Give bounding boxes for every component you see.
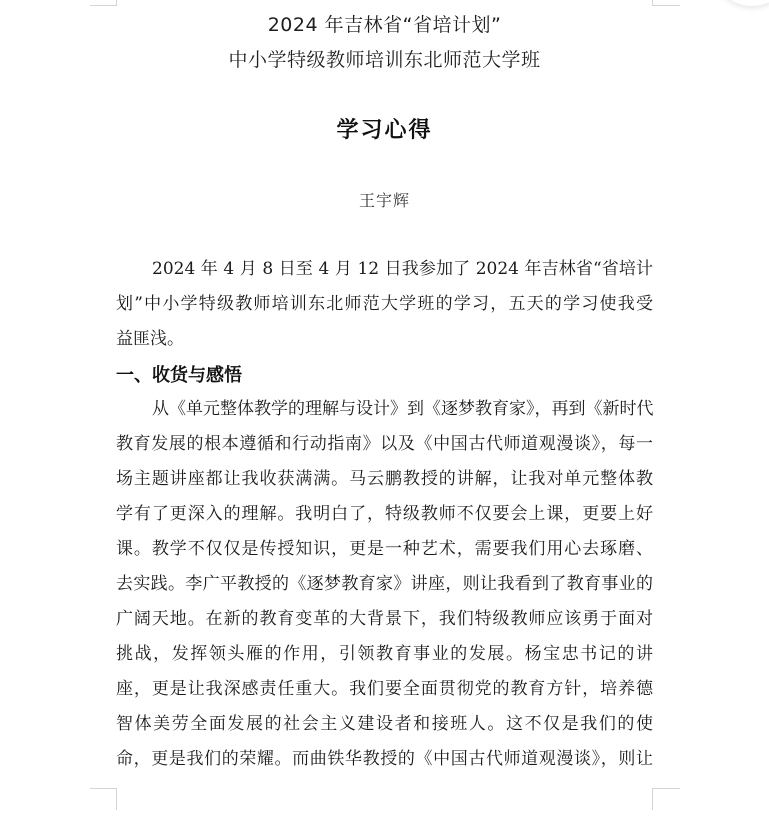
paragraph-line: 座，更是让我深感责任重大。我们要全面贯彻党的教育方针，培养德: [116, 672, 653, 707]
header-line-2: 中小学特级教师培训东北师范大学班: [116, 45, 653, 72]
paragraph-line: 命，更是我们的荣耀。而曲铁华教授的《中国古代师道观漫谈》，则让: [116, 742, 653, 777]
crop-mark-bottom-right-h: [652, 788, 680, 789]
crop-mark-top-left-v: [116, 0, 117, 6]
floating-action-button[interactable]: [717, 0, 769, 6]
paragraph-line: 2024 年 4 月 8 日至 4 月 12 日我参加了 2024 年吉林省“省…: [116, 252, 653, 287]
paragraph-line: 课。教学不仅仅是传授知识，更是一种艺术，需要我们用心去琢磨、: [116, 532, 653, 567]
paragraph-line: 划”中小学特级教师培训东北师范大学班的学习，五天的学习使我受: [116, 287, 653, 322]
header-line-1: 2024 年吉林省“省培计划”: [116, 10, 653, 37]
paragraph-line: 智体美劳全面发展的社会主义建设者和接班人。这不仅是我们的使: [116, 707, 653, 742]
author-name: 王宇辉: [116, 188, 653, 211]
paragraph-line: 从《单元整体教学的理解与设计》到《逐梦教育家》，再到《新时代: [116, 392, 653, 427]
intro-paragraph: 2024 年 4 月 8 日至 4 月 12 日我参加了 2024 年吉林省“省…: [116, 252, 653, 357]
document-title: 学习心得: [116, 113, 653, 144]
crop-mark-bottom-right-v: [652, 788, 653, 810]
paragraph-line: 广阔天地。在新的教育变革的大背景下，我们特级教师应该勇于面对: [116, 602, 653, 637]
crop-mark-top-right-v: [652, 0, 653, 6]
paragraph-line: 挑战，发挥领头雁的作用，引领教育事业的发展。杨宝忠书记的讲: [116, 637, 653, 672]
crop-mark-bottom-left-v: [116, 788, 117, 810]
paragraph-line: 学有了更深入的理解。我明白了，特级教师不仅要会上课，更要上好: [116, 497, 653, 532]
paragraph-line: 益匪浅。: [116, 322, 653, 357]
paragraph-line: 场主题讲座都让我收获满满。马云鹏教授的讲解，让我对单元整体教: [116, 462, 653, 497]
crop-mark-top-left-h: [90, 5, 117, 6]
crop-mark-bottom-left-h: [90, 788, 117, 789]
crop-mark-top-right-h: [652, 5, 680, 6]
section-heading: 一、收货与感悟: [116, 361, 242, 387]
section-paragraph: 从《单元整体教学的理解与设计》到《逐梦教育家》，再到《新时代 教育发展的根本遵循…: [116, 392, 653, 777]
paragraph-line: 教育发展的根本遵循和行动指南》以及《中国古代师道观漫谈》，每一: [116, 427, 653, 462]
paragraph-line: 去实践。李广平教授的《逐梦教育家》讲座，则让我看到了教育事业的: [116, 567, 653, 602]
